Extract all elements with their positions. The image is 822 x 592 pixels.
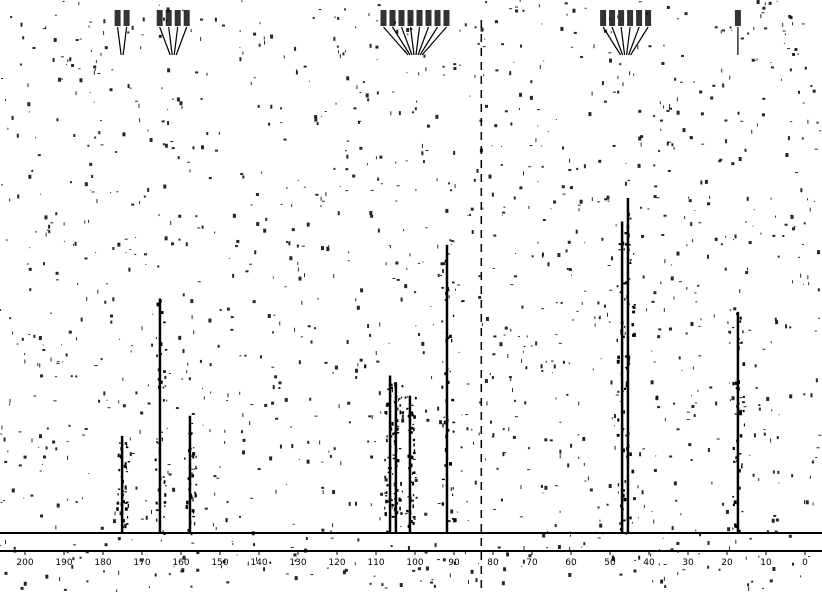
svg-text:160: 160	[172, 558, 189, 568]
svg-text:80: 80	[487, 558, 499, 568]
svg-text:10: 10	[760, 558, 772, 568]
peak-labels	[115, 10, 741, 55]
svg-text:110: 110	[367, 558, 384, 568]
nmr-spectrum-chart: 2001901801701601501401301201101009080706…	[0, 0, 822, 592]
svg-text:170: 170	[133, 558, 150, 568]
svg-text:140: 140	[250, 558, 267, 568]
svg-text:150: 150	[211, 558, 228, 568]
spectrum-peaks	[116, 198, 745, 535]
svg-text:180: 180	[94, 558, 111, 568]
svg-text:70: 70	[526, 558, 538, 568]
svg-text:200: 200	[16, 558, 33, 568]
svg-text:20: 20	[721, 558, 733, 568]
svg-text:50: 50	[604, 558, 616, 568]
svg-text:190: 190	[55, 558, 72, 568]
svg-text:30: 30	[682, 558, 694, 568]
svg-text:120: 120	[328, 558, 345, 568]
svg-text:60: 60	[565, 558, 577, 568]
svg-text:40: 40	[643, 558, 655, 568]
svg-text:0: 0	[802, 558, 808, 568]
svg-text:130: 130	[289, 558, 306, 568]
svg-text:100: 100	[406, 558, 423, 568]
svg-text:90: 90	[448, 558, 460, 568]
